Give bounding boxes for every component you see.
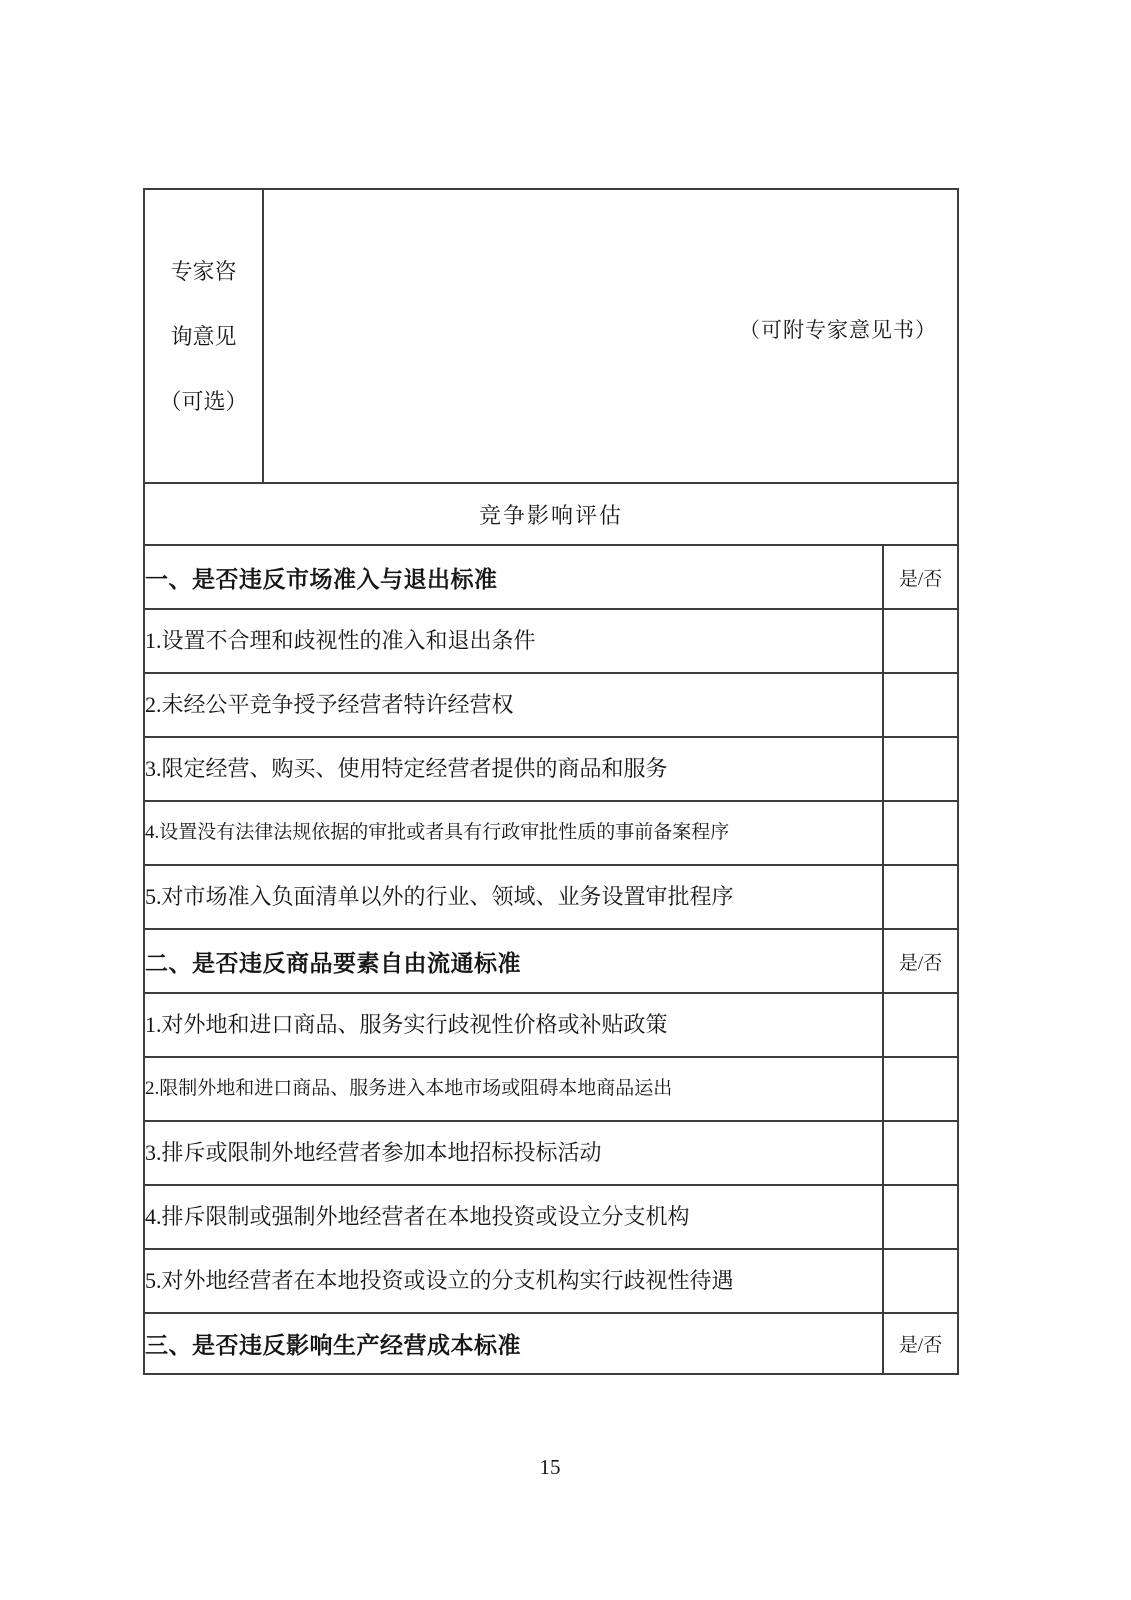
item-text: 5.对外地经营者在本地投资或设立的分支机构实行歧视性待遇: [144, 1249, 883, 1313]
answer-cell: [883, 673, 958, 737]
section-1-item-row-4: 4.设置没有法律法规依据的审批或者具有行政审批性质的事前备案程序: [144, 801, 958, 865]
page-number: 15: [143, 1455, 957, 1480]
section-1-item-row-5: 5.对市场准入负面清单以外的行业、领域、业务设置审批程序: [144, 865, 958, 929]
item-text: 4.排斥限制或强制外地经营者在本地投资或设立分支机构: [144, 1185, 883, 1249]
answer-cell: [883, 609, 958, 673]
item-text: 2.限制外地和进口商品、服务进入本地市场或阻碍本地商品运出: [144, 1057, 883, 1121]
table-title: 竞争影响评估: [144, 483, 958, 545]
answer-cell: [883, 1121, 958, 1185]
section-2-heading-row: 二、是否违反商品要素自由流通标准 是/否: [144, 929, 958, 993]
answer-cell: [883, 1249, 958, 1313]
answer-cell: [883, 737, 958, 801]
section-2-item-row-3: 3.排斥或限制外地经营者参加本地招标投标活动: [144, 1121, 958, 1185]
item-text: 1.对外地和进口商品、服务实行歧视性价格或补贴政策: [144, 993, 883, 1057]
item-text: 4.设置没有法律法规依据的审批或者具有行政审批性质的事前备案程序: [144, 801, 883, 865]
expert-opinion-row: 专家咨 询意见 （可选） （可附专家意见书）: [144, 189, 958, 483]
section-1-heading-row: 一、是否违反市场准入与退出标准 是/否: [144, 545, 958, 609]
expert-opinion-area: （可附专家意见书）: [263, 189, 958, 483]
section-1-item-row-3: 3.限定经营、购买、使用特定经营者提供的商品和服务: [144, 737, 958, 801]
assessment-table: 专家咨 询意见 （可选） （可附专家意见书） 竞争影响评估 一、是否违反市场准入…: [143, 188, 959, 1375]
answer-cell: [883, 1057, 958, 1121]
section-2-yesno-header: 是/否: [883, 929, 958, 993]
item-text: 3.排斥或限制外地经营者参加本地招标投标活动: [144, 1121, 883, 1185]
section-2-item-row-1: 1.对外地和进口商品、服务实行歧视性价格或补贴政策: [144, 993, 958, 1057]
expert-opinion-note: （可附专家意见书）: [739, 314, 957, 358]
answer-cell: [883, 801, 958, 865]
section-2-item-row-5: 5.对外地经营者在本地投资或设立的分支机构实行歧视性待遇: [144, 1249, 958, 1313]
item-text: 5.对市场准入负面清单以外的行业、领域、业务设置审批程序: [144, 865, 883, 929]
expert-opinion-label: 专家咨 询意见 （可选）: [144, 189, 263, 483]
document-page: 专家咨 询意见 （可选） （可附专家意见书） 竞争影响评估 一、是否违反市场准入…: [0, 0, 1131, 1600]
answer-cell: [883, 865, 958, 929]
item-text: 1.设置不合理和歧视性的准入和退出条件: [144, 609, 883, 673]
answer-cell: [883, 993, 958, 1057]
section-3-heading: 三、是否违反影响生产经营成本标准: [144, 1313, 883, 1374]
answer-cell: [883, 1185, 958, 1249]
section-1-heading: 一、是否违反市场准入与退出标准: [144, 545, 883, 609]
section-2-item-row-2: 2.限制外地和进口商品、服务进入本地市场或阻碍本地商品运出: [144, 1057, 958, 1121]
section-3-heading-row: 三、是否违反影响生产经营成本标准 是/否: [144, 1313, 958, 1374]
section-3-yesno-header: 是/否: [883, 1313, 958, 1374]
section-1-item-row-1: 1.设置不合理和歧视性的准入和退出条件: [144, 609, 958, 673]
section-1-item-row-2: 2.未经公平竞争授予经营者特许经营权: [144, 673, 958, 737]
table-title-row: 竞争影响评估: [144, 483, 958, 545]
section-1-yesno-header: 是/否: [883, 545, 958, 609]
section-2-heading: 二、是否违反商品要素自由流通标准: [144, 929, 883, 993]
item-text: 3.限定经营、购买、使用特定经营者提供的商品和服务: [144, 737, 883, 801]
section-2-item-row-4: 4.排斥限制或强制外地经营者在本地投资或设立分支机构: [144, 1185, 958, 1249]
item-text: 2.未经公平竞争授予经营者特许经营权: [144, 673, 883, 737]
